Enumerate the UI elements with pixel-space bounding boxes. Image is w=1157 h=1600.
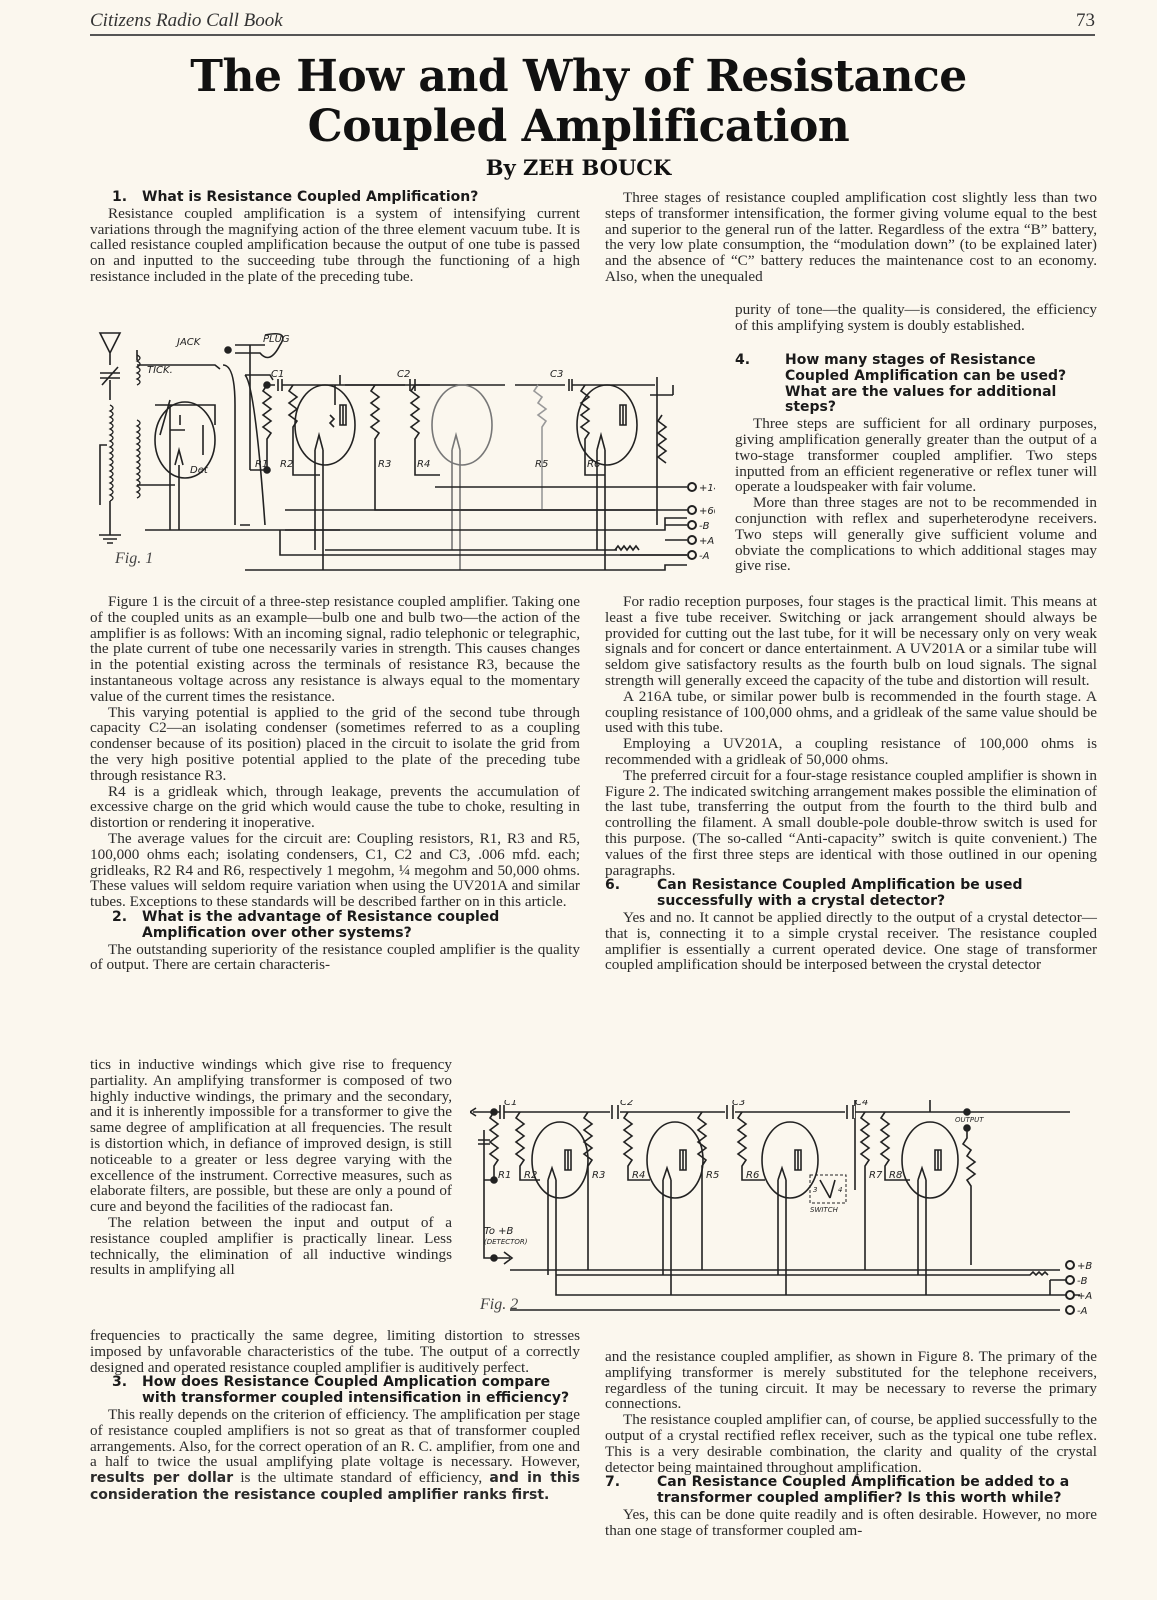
question-3-section: frequencies to practically the same degr…: [90, 1328, 580, 1504]
question-6-answer: Yes and no. It cannot be applied directl…: [605, 910, 1097, 973]
question-2-answer: The outstanding superiority of the resis…: [90, 942, 580, 974]
svg-text:TICK.: TICK.: [147, 365, 173, 376]
svg-text:OUTPUT: OUTPUT: [955, 1116, 984, 1124]
svg-text:3: 3: [813, 1186, 817, 1194]
cost-paragraph: Three stages of resistance coupled ampli…: [605, 190, 1097, 285]
svg-text:+A: +A: [1077, 1291, 1092, 1302]
svg-text:C1: C1: [271, 369, 284, 380]
svg-text:R1: R1: [255, 459, 268, 470]
svg-text:R8: R8: [889, 1170, 902, 1181]
svg-text:JACK: JACK: [175, 337, 202, 348]
article-title: The How and Why of Resistance Coupled Am…: [0, 52, 1157, 152]
question-4-continued: For radio reception purposes, four stage…: [605, 594, 1097, 973]
svg-text:R2: R2: [524, 1170, 537, 1181]
svg-text:-A: -A: [1077, 1306, 1088, 1315]
svg-text:R3: R3: [592, 1170, 605, 1181]
question-7-answer: Yes, this can be done quite readily and …: [605, 1507, 1097, 1539]
title-line-2: Coupled Amplification: [0, 102, 1157, 152]
svg-text:C4: C4: [855, 1100, 868, 1108]
question-2-heading: 2.What is the advantage of Resistance co…: [90, 910, 580, 942]
svg-text:R6: R6: [746, 1170, 759, 1181]
figure-2-caption: Fig. 2: [480, 1296, 518, 1314]
svg-text:C1: C1: [504, 1100, 517, 1108]
svg-text:4: 4: [838, 1186, 842, 1194]
publication-name: Citizens Radio Call Book: [90, 10, 283, 32]
title-line-1: The How and Why of Resistance: [0, 52, 1157, 102]
question-4-section: 4.How many stages of Resistance Coupled …: [735, 353, 1097, 574]
svg-text:R6: R6: [587, 459, 600, 470]
svg-text:To +B: To +B: [484, 1226, 514, 1237]
svg-text:C3: C3: [732, 1100, 745, 1108]
question-1-heading: 1.What is Resistance Coupled Amplificati…: [90, 190, 580, 206]
question-3-heading: 3.How does Resistance Coupled Amplicatio…: [90, 1375, 580, 1407]
svg-text:R2: R2: [280, 459, 293, 470]
cost-paragraph-continued: purity of tone—the quality—is considered…: [735, 302, 1097, 334]
svg-text:Det: Det: [190, 465, 209, 476]
svg-text:PLUG: PLUG: [263, 334, 290, 345]
svg-text:R7: R7: [869, 1170, 883, 1181]
svg-text:-A: -A: [699, 551, 710, 562]
svg-text:R5: R5: [706, 1170, 719, 1181]
svg-text:R5: R5: [535, 459, 548, 470]
svg-text:-B: -B: [699, 521, 710, 532]
page-number: 73: [1076, 10, 1095, 32]
svg-text:R3: R3: [378, 459, 391, 470]
svg-text:R4: R4: [417, 459, 430, 470]
svg-text:C2: C2: [397, 369, 410, 380]
svg-text:+A: +A: [699, 536, 714, 547]
svg-text:R4: R4: [632, 1170, 645, 1181]
svg-text:+B: +B: [1077, 1261, 1092, 1272]
svg-text:R1: R1: [498, 1170, 511, 1181]
svg-text:(DETECTOR): (DETECTOR): [484, 1238, 528, 1246]
figure-2-schematic: TO DET PLATE C1 C2 C3 C4 R1 R2 R3 R4 R5 …: [470, 1100, 1100, 1315]
question-7-heading: 7.Can Resistance Coupled Amplification b…: [605, 1475, 1097, 1507]
question-1-answer: Resistance coupled amplification is a sy…: [90, 206, 580, 285]
running-head: Citizens Radio Call Book 73: [90, 10, 1095, 36]
figure-1-explanation: Figure 1 is the circuit of a three-step …: [90, 594, 580, 973]
svg-text:C2: C2: [620, 1100, 633, 1108]
svg-text:-B: -B: [1077, 1276, 1088, 1287]
byline: By ZEH BOUCK: [0, 155, 1157, 180]
question-4-heading: 4.How many stages of Resistance Coupled …: [735, 353, 1097, 416]
question-3-answer: This really depends on the criterion of …: [90, 1407, 580, 1504]
question-2-answer-narrow: tics in inductive windings which give ri…: [90, 1057, 452, 1278]
question-1-section: 1.What is Resistance Coupled Amplificati…: [90, 190, 580, 285]
svg-text:+60: +60: [699, 506, 715, 517]
figure-1-caption: Fig. 1: [115, 550, 153, 568]
question-6-continued: and the resistance coupled amplifier, as…: [605, 1349, 1097, 1539]
figure-1-schematic: JACK PLUG TICK. Det C1 C2 C3 R1 R2 R3 R4…: [95, 325, 715, 575]
question-6-heading: 6.Can Resistance Coupled Amplification b…: [605, 878, 1097, 910]
svg-text:C3: C3: [550, 369, 563, 380]
svg-text:+140: +140: [699, 483, 715, 494]
svg-text:SWITCH: SWITCH: [810, 1206, 839, 1214]
